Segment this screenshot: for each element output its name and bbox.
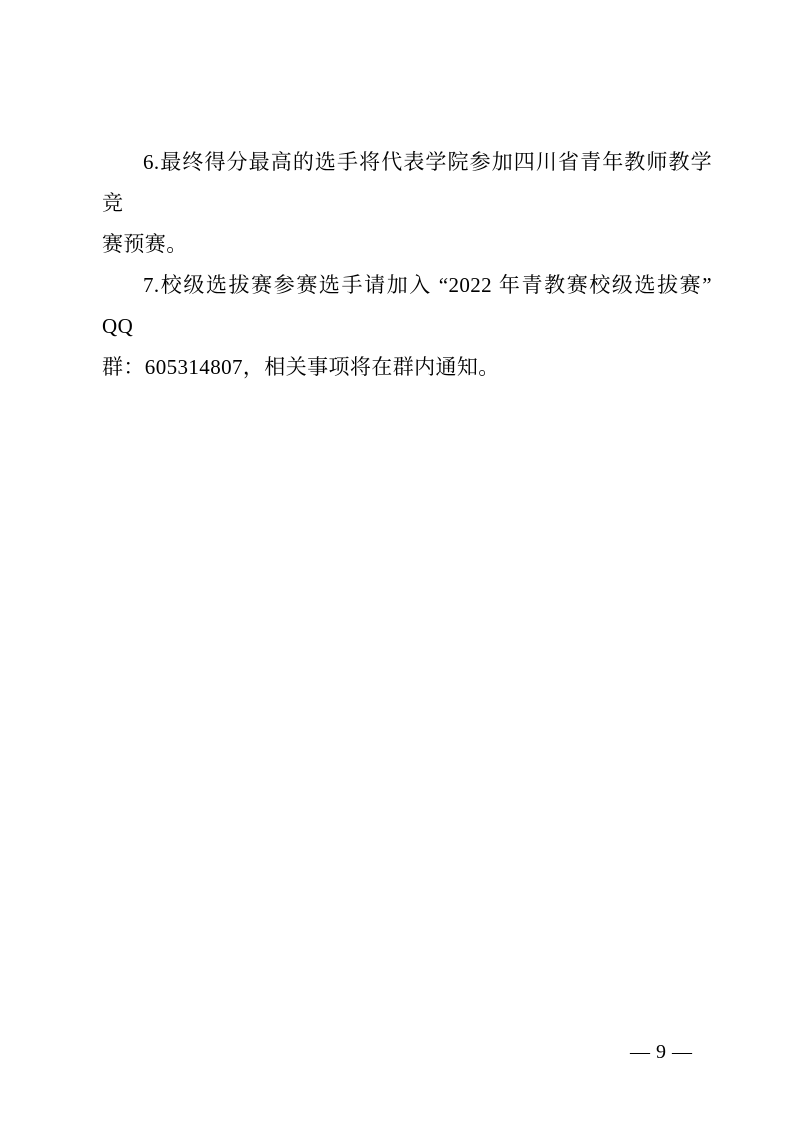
- paragraph-7-line-2: 群：605314807，相关事项将在群内通知。: [102, 347, 712, 388]
- paragraph-7-line-1: 7.校级选拔赛参赛选手请加入 “2022 年青教赛校级选拔赛” QQ: [102, 265, 712, 347]
- body-text: 6.最终得分最高的选手将代表学院参加四川省青年教师教学竞 赛预赛。 7.校级选拔…: [102, 142, 712, 388]
- document-page: 6.最终得分最高的选手将代表学院参加四川省青年教师教学竞 赛预赛。 7.校级选拔…: [0, 0, 793, 1122]
- paragraph-6-line-1: 6.最终得分最高的选手将代表学院参加四川省青年教师教学竞: [102, 142, 712, 224]
- page-number: — 9 —: [630, 1041, 693, 1063]
- paragraph-6-line-2: 赛预赛。: [102, 224, 712, 265]
